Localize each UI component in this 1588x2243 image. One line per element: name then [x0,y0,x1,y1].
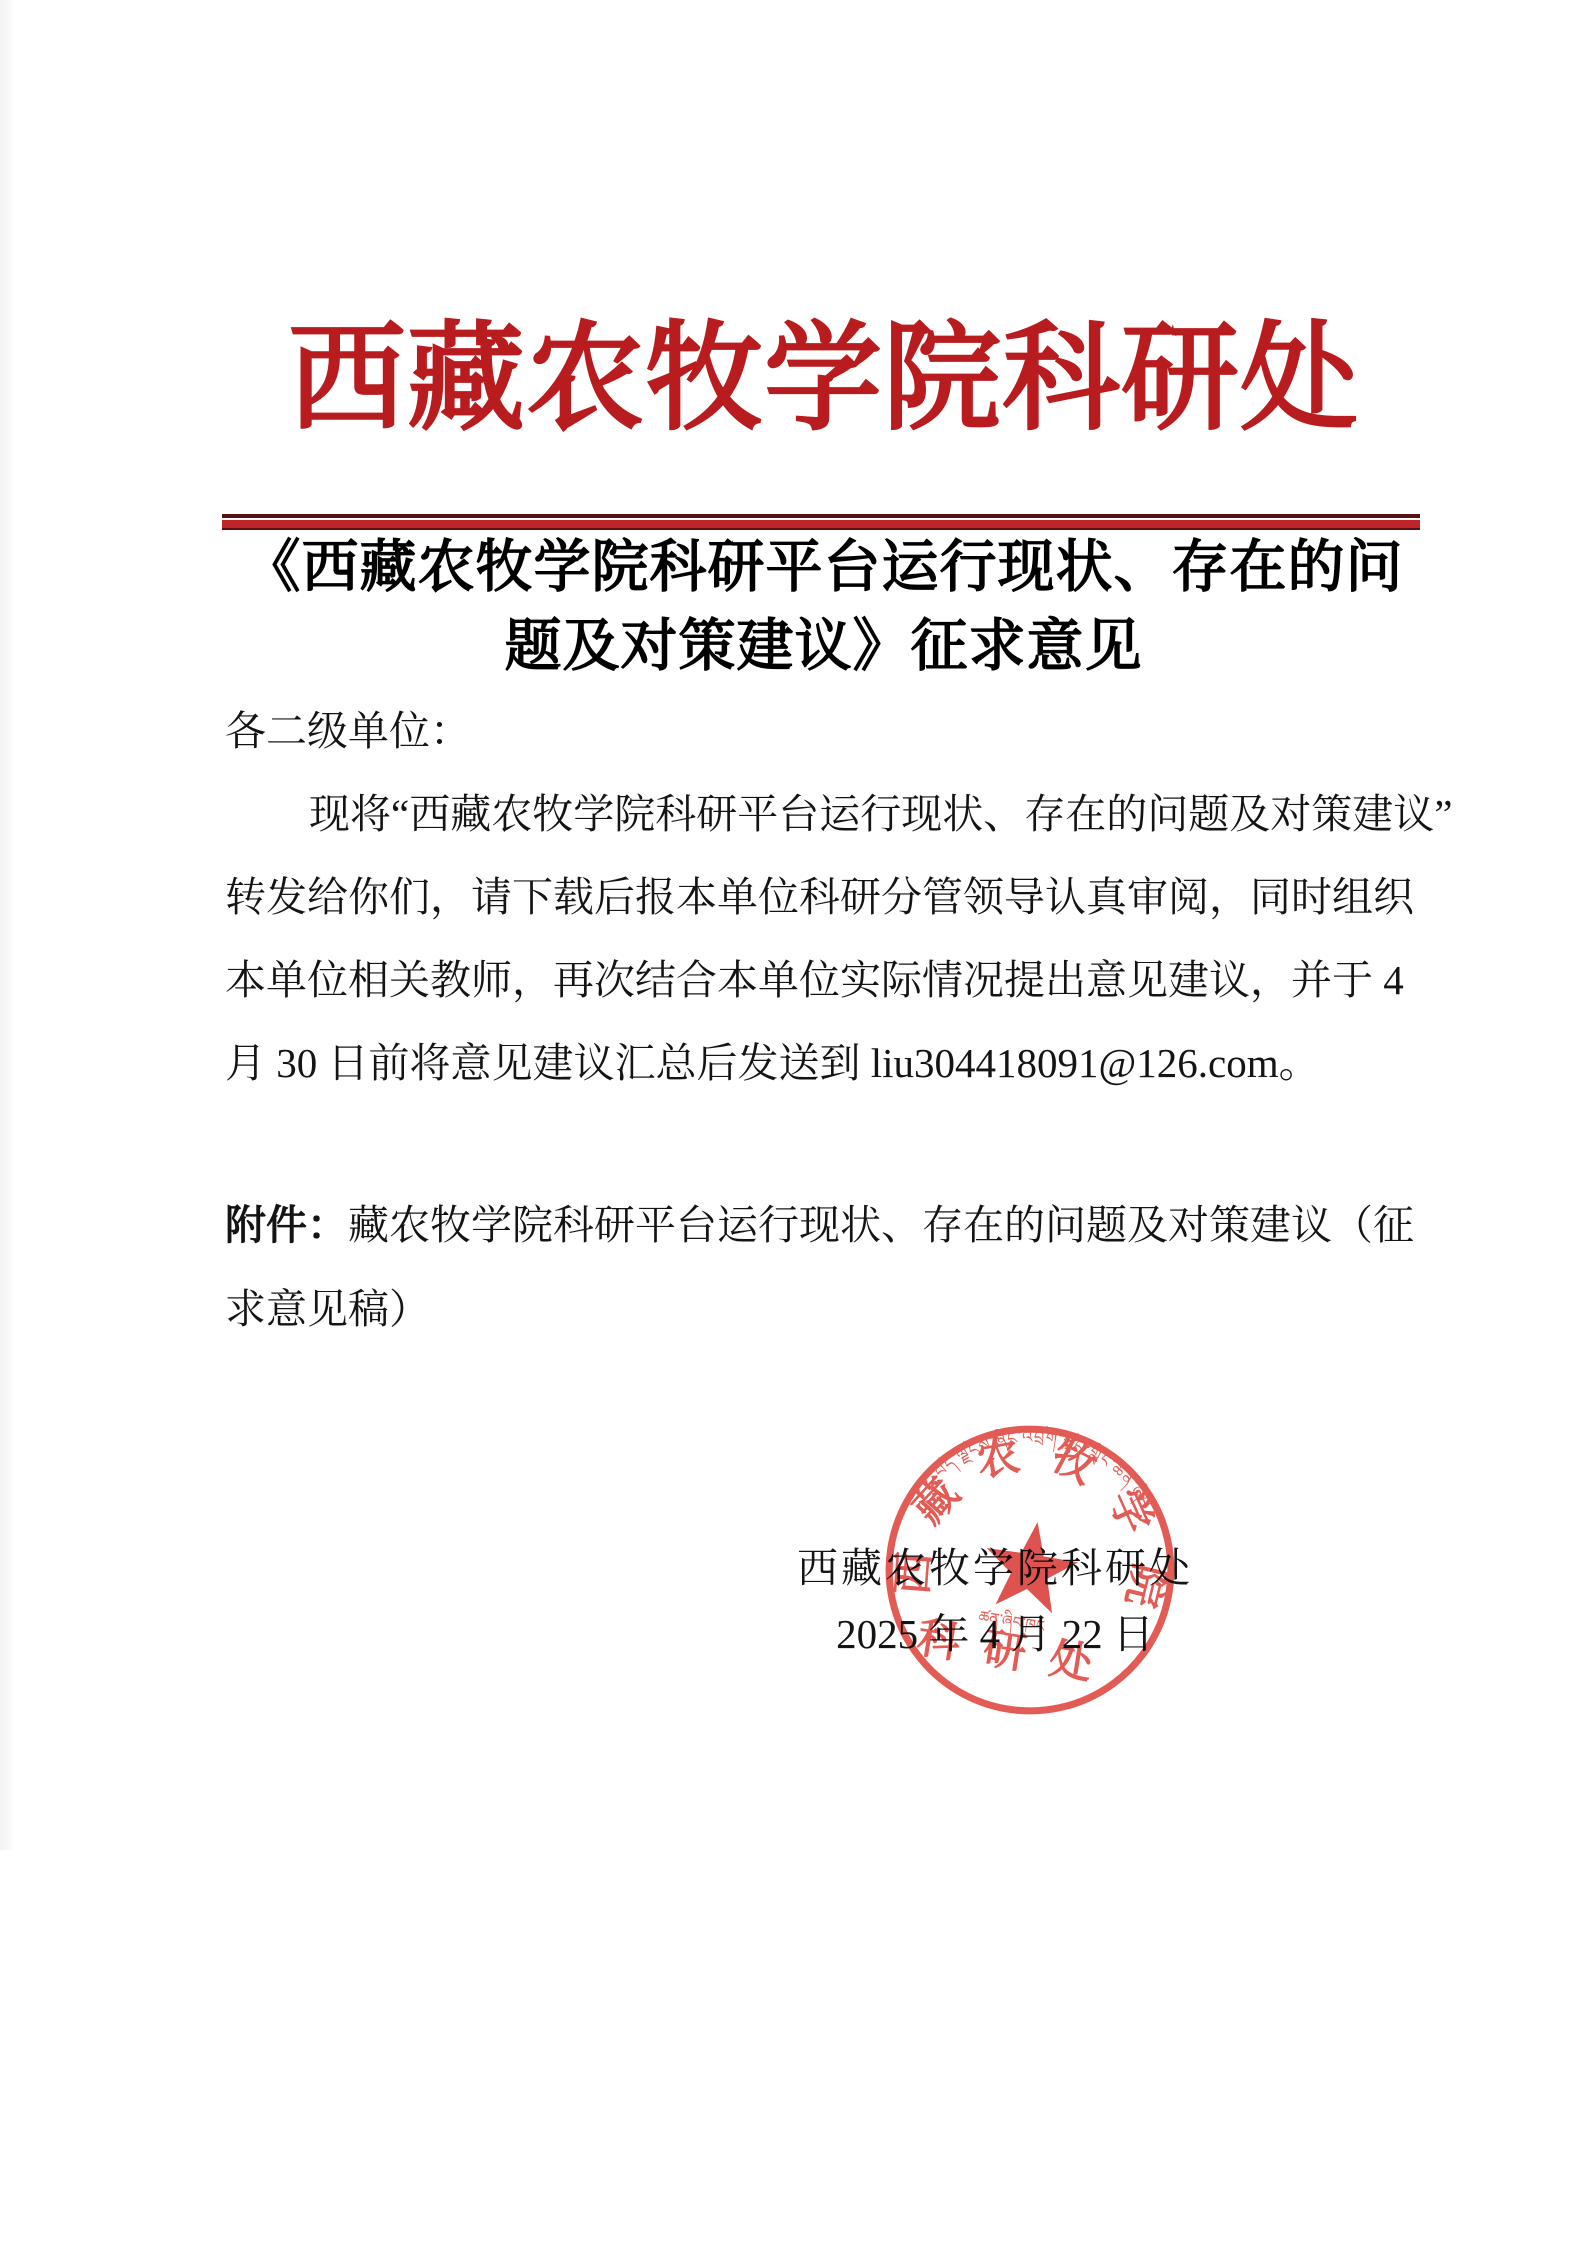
paragraph-line-4: 月 30 日前将意见建议汇总后发送到 liu304418091@126.com。 [225,1022,1422,1105]
scan-edge-shadow [0,0,16,1850]
body-text: 各二级单位： 现将“西藏农牧学院科研平台运行现状、存在的问题及对策建议” 转发给… [225,690,1422,1105]
paragraph-line-3: 本单位相关教师，再次结合本单位实际情况提出意见建议，并于 4 [225,939,1422,1022]
salutation: 各二级单位： [225,690,1422,773]
attachment-title-part1: 藏农牧学院科研平台运行现状、存在的问题及对策建议（征 [348,1202,1414,1248]
document-title-line1: 《西藏农牧学院科研平台运行现状、存在的问 [225,528,1422,607]
attachment-label: 附件： [225,1202,348,1248]
red-masthead-org-name: 西藏农牧学院科研处 [225,305,1422,455]
attachment-line-2: 求意见稿） [225,1267,1422,1351]
attachment-line-1: 附件：藏农牧学院科研平台运行现状、存在的问题及对策建议（征 [225,1183,1422,1267]
official-seal: བོད་ལྗོངས་ཞིང་འབྲོག་སློབ་གླིང་ཚན་ཞིབ 西藏农… [878,1418,1182,1722]
document-title: 《西藏农牧学院科研平台运行现状、存在的问 题及对策建议》征求意见 [225,528,1422,686]
paragraph-line-1: 现将“西藏农牧学院科研平台运行现状、存在的问题及对策建议” [225,773,1422,856]
seal-chinese-arc: 西藏农牧学院 [884,1418,1182,1636]
paragraph-line-2: 转发给你们，请下载后报本单位科研分管领导认真审阅，同时组织 [225,856,1422,939]
attachment-section: 附件：藏农牧学院科研平台运行现状、存在的问题及对策建议（征 求意见稿） [225,1183,1422,1351]
scanned-notice-page: 西藏农牧学院科研处 《西藏农牧学院科研平台运行现状、存在的问 题及对策建议》征求… [0,0,1588,2243]
seal-star-icon [978,1515,1083,1616]
document-title-line2: 题及对策建议》征求意见 [225,607,1422,686]
